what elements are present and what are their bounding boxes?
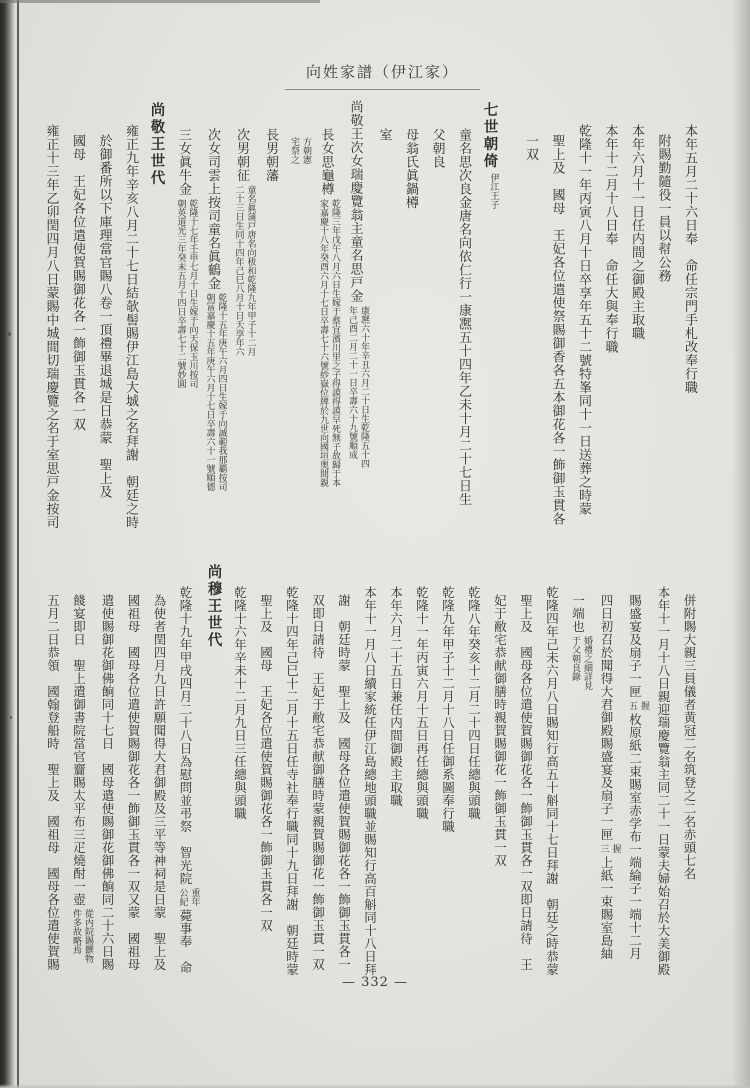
column-text: 謝 朝廷時蒙 聖上及 國母各位遣使賀賜御花各一飾御玉貫各一 — [337, 594, 352, 971]
top-text-block: 本年五月二十六日奉 命任宗門手札改奉行職附賜勤隨役一員以幇公務本年六月十一日任内… — [37, 98, 702, 534]
genealogy-column: 一双 — [517, 98, 544, 534]
genealogy-column: 乾隆十四年己巳十二月十五日任寺社奉行職同十九日拜謝 朝廷時蒙 — [279, 560, 305, 1008]
inline-annotation: 方朝憲宅祭之 — [288, 137, 312, 164]
column-text: 本年十二月十八日奉 命任大與奉行職 — [603, 124, 618, 354]
genealogy-column: 乾隆四年己未六月八日賜知行高五十斛同十七日拜謝 朝廷之時恭蒙 — [539, 560, 565, 1008]
column-text: 尚穆王世代 — [206, 564, 223, 649]
column-text: 併附賜大親三員儀者黄冠二名筑登之二名赤頭七名 — [682, 594, 697, 880]
column-text: 賜盛宴及扇子一匣 — [628, 594, 643, 698]
column-text: 雍正十三年乙卯閏四月八日蒙賜中城間切瑞慶覽之名于室思戸金按司 — [44, 124, 59, 529]
column-text: 本年十一月八日續家統任伊江島總地頭職並賜知行高百斛同十八日拜 — [363, 586, 378, 976]
genealogy-column: 聖上及 國母各位遣使賀賜御花各一飾御玉貫各一双即日請待 王 — [513, 560, 539, 1008]
column-text: 尚敬王次女瑞慶覽翁主童名思戸金 — [348, 100, 363, 303]
column-text: 妃于敝宅恭献御膳時親賀賜御花一飾御玉貫一双 — [493, 594, 508, 867]
column-text: 枚原紙二束賜室赤学布一端綸子一端十二月 — [628, 713, 643, 960]
column-text: 乾隆十四年己巳十二月十五日任寺社奉行職同十九日拜謝 朝廷時蒙 — [285, 586, 300, 976]
column-text: 遣使賜御花御佛餉同十七日 國母遣使賜御花御佛餉同二十六日賜 — [100, 594, 115, 971]
column-text: 母翁氏眞鍋樽 — [403, 128, 418, 209]
column-text: 五月二日恭領 國翰登船時 聖上及 國祖母 國母各位遣使賀賜 — [46, 594, 61, 971]
genealogy-column: 方朝憲宅祭之 — [283, 98, 312, 534]
genealogy-column: 父朝良 — [423, 98, 450, 534]
column-text: 本年十一月十八日親迎瑞慶覽翁主同二十一日蒙夫婦始召於大美御殿 — [656, 586, 671, 976]
inline-annotation: 握三 — [598, 844, 622, 853]
genealogy-column: 併附賜大親三員儀者黄冠二名筑登之二名赤頭七名 — [676, 560, 702, 1008]
genealogy-column: 國母 王妃各位遣使賀賜御花各一飾御玉貫各一双 — [64, 98, 91, 534]
genealogy-column: 雍正十三年乙卯閏四月八日蒙賜中城間切瑞慶覽之名于室思戸金按司 — [37, 98, 64, 534]
genealogy-column: 妃于敝宅恭献御膳時親賀賜御花一飾御玉貫一双 — [487, 560, 513, 1008]
column-text: 乾隆十一年丙寅六月十五日再任總與頭職 — [415, 586, 430, 820]
genealogy-column: 三女眞牛金乾隆十七年壬申七月十日生嫁于向天保玉川按司朝英道光三年癸未五月十四日卒… — [170, 98, 199, 534]
genealogy-column: 聖上及 國母 王妃各位遣使賀賜御花各一飾御玉貫各一双 — [253, 560, 279, 1008]
column-text: 聖上及 國母各位遣使賀賜御花各一飾御玉貫各一双即日請待 王 — [519, 594, 534, 971]
column-text: 乾隆十一年丙寅八月十日卒享年五十二號特峯同十一日送葬之時蒙 — [576, 124, 591, 516]
scan-left-edge — [0, 0, 15, 1088]
genealogy-column: 本年十一月八日續家統任伊江島總地頭職並賜知行高百斛同十八日拜 — [357, 560, 383, 1008]
column-text: 次女司雲上按司童名眞鶴金 — [205, 128, 220, 290]
section-header: 尚敬王世代 — [143, 98, 170, 534]
genealogy-column: 賜盛宴及扇子一匣握五枚原紙二束賜室赤学布一端綸子一端十二月 — [622, 560, 651, 1008]
genealogy-column: 本年五月二十六日奉 命任宗門手札改奉行職 — [676, 98, 703, 534]
genealogy-column: 次女司雲上按司童名眞鶴金乾隆十五年庚午六月四日生嫁于向誠範我那覇按司朝冨嘉慶十五… — [199, 98, 228, 534]
scan-right-edge — [732, 0, 750, 1088]
genealogy-column: 室 — [370, 98, 397, 534]
column-text: 餞宴即日 聖上遣御書院當官齎賜太平布三疋燒酎一壺 — [72, 594, 87, 906]
section-header: 七世朝倚伊江王子 — [476, 98, 503, 534]
genealogy-column: 双即日請待 王妃于敝宅恭献御膳時蒙親賀賜御花一飾御玉貫一双 — [305, 560, 331, 1008]
section-header: 尚穆王世代 — [201, 560, 227, 1008]
inline-annotation: 康凞六十年辛丑六月二十日生乾隆五十四年己酉二月二十一日卒壽六十九號順成 — [346, 306, 370, 468]
genealogy-column: 長女思龜樽乾隆三年戊午八月六日生嫁于蔡宜濱川里之子得謨得謨早死無子故歸于本家嘉慶… — [312, 98, 341, 534]
inline-annotation: 重年公紀 — [177, 888, 201, 906]
column-text: 雍正九年辛亥八月二十七日結欹髻賜伊江島大城之名拜謝 朝廷之時 — [123, 124, 138, 529]
column-text: 長男朝藩 — [263, 128, 278, 182]
genealogy-column: 國祖母 國母各位遣使賀賜御花各一飾御玉貫各一双又蒙 國祖母 — [120, 560, 146, 1008]
inline-annotation: 乾隆十七年壬申七月十日生嫁于向天保玉川按司朝英道光三年癸未五月十四日卒壽七十二號… — [175, 199, 199, 388]
inline-annotation: 從内院賜饌物件多故略焉 — [70, 909, 94, 963]
genealogy-column: 聖上及 國母 王妃各位遣使祭賜御香各五本御花各一飾御玉貫各 — [543, 98, 570, 534]
scan-top-edge — [0, 0, 320, 3]
page-title: 向姓家譜（伊江家） — [285, 61, 480, 90]
scan-bottom-edge — [0, 1084, 750, 1088]
column-text: 附賜勤隨役一員以幇公務 — [656, 134, 671, 283]
column-text: 上紙一束賜室島紬 — [599, 856, 614, 960]
column-text: 聖上及 國母 王妃各位遣使賀賜御花各一飾御玉貫各一双 — [259, 594, 274, 932]
genealogy-column: 本年十二月十八日奉 命任大與奉行職 — [596, 98, 623, 534]
genealogy-column: 童名思次良金唐名向依仁行一康凞五十四年乙未十月二十七日生 — [450, 98, 477, 534]
column-text: 童名思次良金唐名向依仁行一康凞五十四年乙未十月二十七日生 — [456, 128, 471, 506]
column-text: 三女眞牛金 — [176, 128, 191, 196]
scan-speckle — [8, 332, 11, 336]
column-text: 一双 — [523, 134, 538, 161]
column-text: 乾隆四年己未六月八日賜知行高五十斛同十七日拜謝 朝廷之時恭蒙 — [545, 586, 560, 976]
column-text: 本年五月二十六日奉 命任宗門手札改奉行職 — [682, 124, 697, 394]
genealogy-column: 乾隆十一年丙寅八月十日卒享年五十二號特峯同十一日送葬之時蒙 — [570, 98, 597, 534]
column-text: 乾隆十六年辛未十二月九日三任總與頭職 — [233, 586, 248, 820]
column-text: 乾隆十九年甲戌四月二十八日為慰問並弔祭 智光院 — [178, 586, 193, 885]
inline-annotation: 伊江王子 — [488, 173, 500, 209]
genealogy-column: 本年十一月十八日親迎瑞慶覽翁主同二十一日蒙夫婦始召於大美御殿 — [650, 560, 676, 1008]
page-number: — 332 — — [0, 975, 750, 990]
column-text: 國母 王妃各位遣使賀賜御花各一飾御玉貫各一双 — [70, 134, 85, 431]
column-text: 次男朝征 — [234, 128, 249, 182]
column-text: 双即日請待 王妃于敝宅恭献御膳時蒙親賀賜御花一飾御玉貫一双 — [311, 594, 326, 971]
bottom-text-block: 併附賜大親三員儀者黄冠二名筑登之二名赤頭七名本年十一月十八日親迎瑞慶覽翁主同二十… — [40, 560, 703, 1008]
column-text: 於御番所以下庫理當官賜八卷一頂禮畢退城是日恭蒙 聖上及 — [97, 134, 112, 499]
genealogy-column: 本年六月十一日任内間之御殿主取職 — [623, 98, 650, 534]
genealogy-column: 乾隆十六年辛未十二月九日三任總與頭職 — [227, 560, 253, 1008]
genealogy-column: 雍正九年辛亥八月二十七日結欹髻賜伊江島大城之名拜謝 朝廷之時 — [117, 98, 144, 534]
column-text: 本年六月二十五日兼任内間御殿主取職 — [389, 586, 404, 807]
scan-speckle — [10, 716, 12, 719]
genealogy-column: 一端也婚禮之細詳見于父朝良錄 — [565, 560, 594, 1008]
genealogy-column: 乾隆九年甲子十二月十八日任御系圖奉行職 — [435, 560, 461, 1008]
genealogy-column: 附賜勤隨役一員以幇公務 — [649, 98, 676, 534]
column-text: 父朝良 — [430, 128, 445, 169]
column-text: 長女思龜樽 — [319, 128, 334, 196]
column-text: 本年六月十一日任内間之御殿主取職 — [629, 124, 644, 340]
genealogy-column: 四日初召於聞得大君御殿賜盛宴及扇子一匣握三上紙一束賜室島紬 — [593, 560, 622, 1008]
inline-annotation: 婚禮之細詳見于父朝良錄 — [569, 636, 593, 690]
inline-annotation: 童名眞蒲戸唐名向秡和乾隆九年甲子十二月二十三日生同十四年己巳八月十日夭享年六 — [233, 185, 257, 356]
genealogy-column: 餞宴即日 聖上遣御書院當官齎賜太平布三疋燒酎一壺從内院賜饌物件多故略焉 — [66, 560, 95, 1008]
genealogy-column: 長男朝藩 — [257, 98, 284, 534]
scanned-page: 向姓家譜（伊江家） 本年五月二十六日奉 命任宗門手札改奉行職附賜勤隨役一員以幇公… — [0, 0, 750, 1088]
column-text: 聖上及 國母 王妃各位遣使祭賜御香各五本御花各一飾御玉貫各 — [550, 134, 565, 526]
genealogy-column: 乾隆八年癸亥十二月二十四日任總與頭職 — [461, 560, 487, 1008]
column-text: 乾隆九年甲子十二月十八日任御系圖奉行職 — [441, 586, 456, 833]
column-text: 為使者閏四月九日許願聞得大君御殿及三平等神祠是日蒙 聖上及 — [152, 594, 167, 971]
column-text: 乾隆八年癸亥十二月二十四日任總與頭職 — [467, 586, 482, 820]
column-text: 四日初召於聞得大君御殿賜盛宴及扇子一匣 — [599, 594, 614, 841]
column-text: 尚敬王世代 — [149, 102, 166, 187]
genealogy-column: 於御番所以下庫理當官賜八卷一頂禮畢退城是日恭蒙 聖上及 — [90, 98, 117, 534]
genealogy-column: 乾隆十一年丙寅六月十五日再任總與頭職 — [409, 560, 435, 1008]
book-gutter-line — [17, 0, 19, 1088]
column-text: 薨事奉 命 — [178, 909, 193, 974]
genealogy-column: 乾隆十九年甲戌四月二十八日為慰問並弔祭 智光院重年公紀薨事奉 命 — [172, 560, 201, 1008]
genealogy-column: 遣使賜御花御佛餉同十七日 國母遣使賜御花御佛餉同二十六日賜 — [94, 560, 120, 1008]
column-text: 七世朝倚 — [482, 102, 499, 170]
genealogy-column: 次男朝征童名眞蒲戸唐名向秡和乾隆九年甲子十二月二十三日生同十四年己巳八月十日夭享… — [228, 98, 257, 534]
inline-annotation: 乾隆十五年庚午六月四日生嫁于向誠範我那覇按司朝冨嘉慶十五年庚午六月十七日卒壽六十… — [204, 293, 228, 491]
genealogy-column: 尚敬王次女瑞慶覽翁主童名思戸金康凞六十年辛丑六月二十日生乾隆五十四年己酉二月二十… — [341, 98, 370, 534]
column-text: 國祖母 國母各位遣使賀賜御花各一飾御玉貫各一双又蒙 國祖母 — [126, 594, 141, 971]
inline-annotation: 乾隆三年戊午八月六日生嫁于蔡宜濱川里之子得謨得謨早死無子故歸于本家嘉慶十八年癸酉… — [317, 199, 341, 487]
column-text: 室 — [377, 128, 392, 142]
column-text: 一端也 — [571, 594, 586, 633]
inline-annotation: 握五 — [626, 701, 650, 710]
genealogy-column: 謝 朝廷時蒙 聖上及 國母各位遣使賀賜御花各一飾御玉貫各一 — [331, 560, 357, 1008]
genealogy-column: 為使者閏四月九日許願聞得大君御殿及三平等神祠是日蒙 聖上及 — [146, 560, 172, 1008]
genealogy-column: 本年六月二十五日兼任内間御殿主取職 — [383, 560, 409, 1008]
genealogy-column: 母翁氏眞鍋樽 — [397, 98, 424, 534]
genealogy-column: 五月二日恭領 國翰登船時 聖上及 國祖母 國母各位遣使賀賜 — [40, 560, 66, 1008]
